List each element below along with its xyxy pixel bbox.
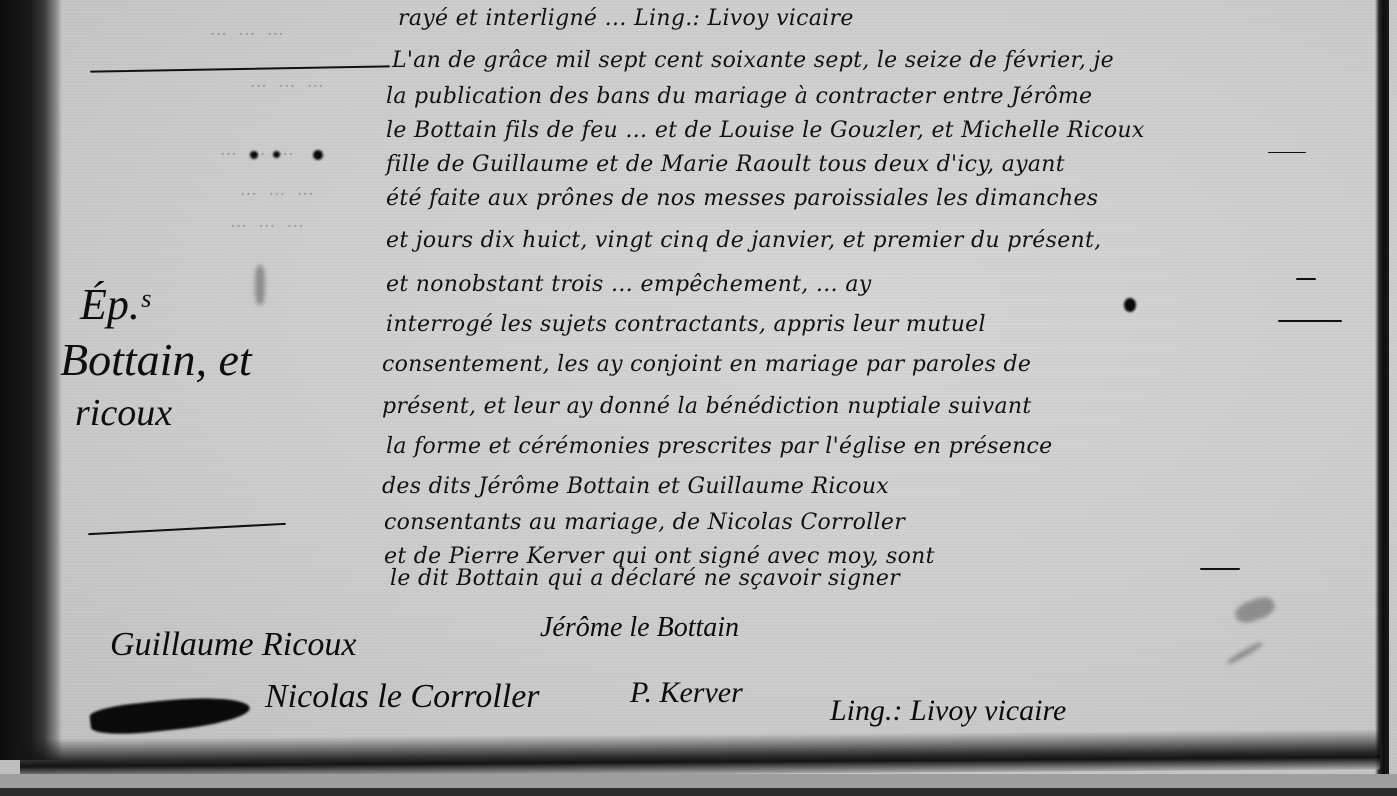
ink-smear <box>89 692 251 739</box>
ink-dot <box>313 150 323 160</box>
line-filler-dash <box>1278 320 1342 322</box>
record-line: la publication des bans du mariage à con… <box>386 84 1092 109</box>
record-line: consentement, les ay conjoint en mariage… <box>382 352 1031 377</box>
record-line: et nonobstant trois … empêchement, … ay <box>386 272 872 297</box>
signature-nicolas-corroller: Nicolas le Corroller <box>265 678 540 716</box>
record-line: le dit Bottain qui a déclaré ne sçavoir … <box>390 566 900 591</box>
previous-entry-footer: rayé et interligné … Ling.: Livoy vicair… <box>398 6 854 31</box>
margin-label-line1: Ép.ˢ <box>80 280 252 330</box>
ink-splatter <box>1233 594 1277 626</box>
record-line: interrogé les sujets contractants, appri… <box>386 312 986 337</box>
signature-priest: Ling.: Livoy vicaire <box>830 694 1066 728</box>
viewer-bottom-bar <box>0 788 1397 796</box>
margin-label-line2: Bottain, et <box>60 330 252 390</box>
margin-label-line3: ricoux <box>75 390 252 436</box>
separator-rule <box>90 65 390 72</box>
ink-blot <box>1124 298 1136 312</box>
signature-guillaume-ricoux: Guillaume Ricoux <box>110 626 356 664</box>
document-viewer: … … … … … … … … … … … … … … … rayé et in… <box>0 0 1397 788</box>
record-line: la forme et cérémonies prescrites par l'… <box>386 434 1053 459</box>
line-filler-dash <box>1200 568 1240 570</box>
bleed-through-text: … … … <box>240 180 317 200</box>
record-line: L'an de grâce mil sept cent soixante sep… <box>392 48 1114 73</box>
ink-dot <box>250 151 258 159</box>
bleed-through-text: … … … <box>210 20 287 40</box>
bleed-through-text: … … … <box>230 212 307 232</box>
page-bottom-shadow <box>20 729 1380 778</box>
page-binding-left <box>0 0 62 760</box>
register-page: … … … … … … … … … … … … … … … rayé et in… <box>0 0 1397 788</box>
bleed-through-text: … … … <box>220 140 297 160</box>
record-line: consentants au mariage, de Nicolas Corro… <box>384 510 905 535</box>
record-line: et jours dix huict, vingt cinq de janvie… <box>386 228 1101 253</box>
record-line: des dits Jérôme Bottain et Guillaume Ric… <box>382 474 889 499</box>
ink-dot <box>273 151 280 158</box>
page-edge-right <box>1375 0 1389 788</box>
line-filler-dash <box>1268 152 1306 153</box>
page-lower-lip <box>0 774 1397 788</box>
bleed-through-text: … … … <box>250 72 327 92</box>
record-line: le Bottain fils de feu … et de Louise le… <box>386 118 1145 143</box>
ink-splatter <box>1226 640 1264 665</box>
margin-underline <box>88 523 286 535</box>
signature-jerome-bottain: Jérôme le Bottain <box>540 612 739 644</box>
signature-kerver: P. Kerver <box>630 676 743 710</box>
bleed-bracket <box>255 265 265 305</box>
line-filler-dash <box>1296 278 1316 280</box>
record-line: été faite aux prônes de nos messes paroi… <box>386 186 1098 211</box>
record-line: fille de Guillaume et de Marie Raoult to… <box>386 152 1065 177</box>
record-line: présent, et leur ay donné la bénédiction… <box>382 394 1032 419</box>
margin-entry-label: Ép.ˢ Bottain, et ricoux <box>80 280 252 436</box>
